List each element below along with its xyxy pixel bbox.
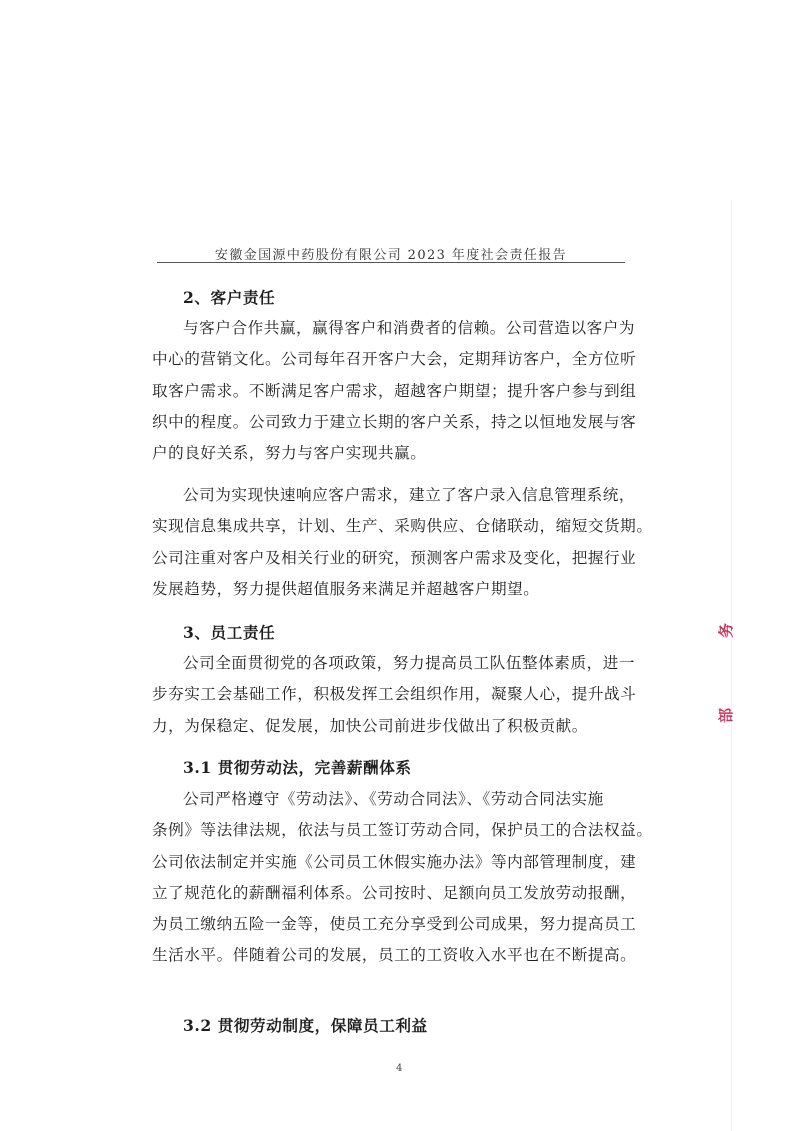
text-line: 公司为实现快速响应客户需求，建立了客户录入信息管理系统， <box>152 480 628 511</box>
section-heading-customer: 2、客户责任 <box>152 282 659 313</box>
text-line: 织中的程度。公司致力于建立长期的客户关系，持之以恒地发展与客 <box>152 407 628 438</box>
text-line: 为员工缴纳五险一金等，使员工充分享受到公司成果，努力提高员工 <box>152 909 628 940</box>
text-line: 取客户需求。不断满足客户需求，超越客户期望；提升客户参与到组 <box>152 376 628 407</box>
text-line: 立了规范化的薪酬福利体系。公司按时、足额向员工发放劳动报酬， <box>152 878 628 909</box>
paragraph-customer-2: 公司为实现快速响应客户需求，建立了客户录入信息管理系统， 实现信息集成共享，计划… <box>152 480 628 605</box>
text-line: 力，为保稳定、促发展，加快公司前进步伐做出了积极贡献。 <box>152 711 628 742</box>
header-divider <box>157 262 625 263</box>
running-header: 安徽金国源中药股份有限公司 2023 年度社会责任报告 <box>157 244 625 263</box>
text-line: 实现信息集成共享，计划、生产、采购供应、仓储联动，缩短交货期。 <box>152 511 628 542</box>
text-line: 公司全面贯彻党的各项政策，努力提高员工队伍整体素质，进一 <box>152 648 628 679</box>
paragraph-customer-1: 与客户合作共赢，赢得客户和消费者的信赖。公司营造以客户为 中心的营销文化。公司每… <box>152 313 628 469</box>
text-line: 发展趋势，努力提供超值服务来满足并超越客户期望。 <box>152 574 628 605</box>
text-line: 公司依法制定并实施《公司员工休假实施办法》等内部管理制度，建 <box>152 847 628 878</box>
page-number: 4 <box>396 1063 402 1074</box>
seal-char: 务 <box>715 623 736 638</box>
text-line: 条例》等法律法规，依法与员工签订劳动合同，保护员工的合法权益。 <box>152 815 628 846</box>
paragraph-labor-law: 公司严格遵守《劳动法》、《劳动合同法》、《劳动合同法实施 条例》等法律法规，依法… <box>152 784 628 972</box>
subsection-heading-3-2: 3.2 贯彻劳动制度，保障员工利益 <box>152 1010 659 1041</box>
text-line: 步夯实工会基础工作，积极发挥工会组织作用，凝聚人心，提升战斗 <box>152 679 628 710</box>
subsection-heading-3-1: 3.1 贯彻劳动法，完善薪酬体系 <box>152 752 659 783</box>
text-line: 公司严格遵守《劳动法》、《劳动合同法》、《劳动合同法实施 <box>152 784 628 815</box>
text-line: 与客户合作共赢，赢得客户和消费者的信赖。公司营造以客户为 <box>152 313 628 344</box>
seal-char: 部 <box>715 708 736 723</box>
paragraph-employee-1: 公司全面贯彻党的各项政策，努力提高员工队伍整体素质，进一 步夯实工会基础工作，积… <box>152 648 628 742</box>
section-heading-employee: 3、员工责任 <box>152 617 659 648</box>
text-line: 户的良好关系，努力与客户实现共赢。 <box>152 438 628 469</box>
text-line: 生活水平。伴随着公司的发展，员工的工资收入水平也在不断提高。 <box>152 940 628 971</box>
text-line: 中心的营销文化。公司每年召开客户大会，定期拜访客户，全方位听 <box>152 344 628 375</box>
partial-red-seal-stamp: 务 部 <box>718 610 734 750</box>
document-page: 安徽金国源中药股份有限公司 2023 年度社会责任报告 2、客户责任 与客户合作… <box>0 0 800 1131</box>
text-line: 公司注重对客户及相关行业的研究，预测客户需求及变化，把握行业 <box>152 543 628 574</box>
